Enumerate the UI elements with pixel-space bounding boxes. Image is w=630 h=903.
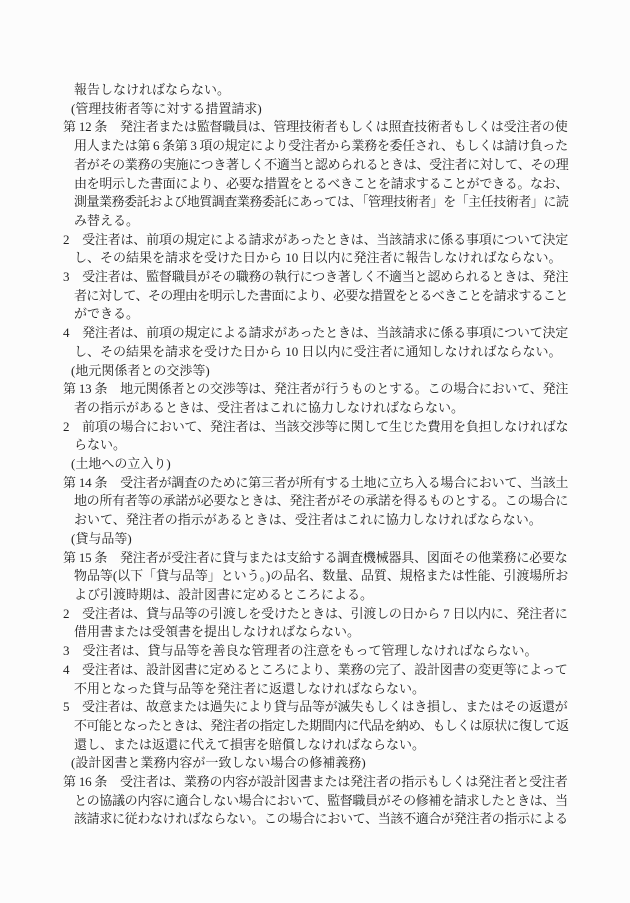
text-line: 3 受注者は、貸与品等を善良な管理者の注意をもって管理しなければならない。	[63, 642, 568, 661]
text-line: おいて、発注者の指示があるときは、受注者はこれに協力しなければならない。	[74, 511, 568, 530]
text-line: (貸与品等)	[71, 530, 568, 549]
text-line: らない。	[74, 436, 568, 455]
text-line: 地の所有者等の承諾が必要なときは、発注者がその承諾を得るものとする。この場合に	[74, 492, 568, 511]
text-line: 該請求に従わなければならない。この場合において、当該不適合が発注者の指示による	[74, 810, 568, 829]
text-line: 2 前項の場合において、発注者は、当該交渉等に関して生じた費用を負担しなければな	[63, 418, 568, 437]
text-line: 物品等(以下「貸与品等」という。)の品名、数量、品質、規格または性能、引渡場所お	[74, 567, 568, 586]
text-line: 由を明示した書面により、必要な措置をとるべきことを請求することができる。なお、	[74, 175, 568, 194]
text-line: し、その結果を請求を受けた日から 10 日以内に受注者に通知しなければならない。	[74, 343, 568, 362]
text-line: 第 15 条 発注者が受注者に貸与または支給する調査機械器具、図面その他業務に必…	[63, 549, 568, 568]
text-line: 2 受注者は、貸与品等の引渡しを受けたときは、引渡しの日から 7 日以内に、発注…	[63, 605, 568, 624]
text-line: 不可能となったときは、発注者の指定した期間内に代品を納め、もしくは原状に復して返	[74, 717, 568, 736]
text-line: 者の指示があるときは、受注者はこれに協力しなければならない。	[74, 399, 568, 418]
text-line: 4 受注者は、設計図書に定めるところにより、業務の完了、設計図書の変更等によって	[63, 661, 568, 680]
text-line: 4 発注者は、前項の規定による請求があったときは、当該請求に係る事項について決定	[63, 324, 568, 343]
text-line: 用人または第 6 条第 3 項の規定により受注者から業務を委任され、もしくは請け…	[74, 137, 568, 156]
text-line: 3 受注者は、監督職員がその職務の執行につき著しく不適当と認められるときは、発注	[63, 268, 568, 287]
text-line: 第 16 条 受注者は、業務の内容が設計図書または発注者の指示もしくは発注者と受…	[63, 773, 568, 792]
text-line: 還し、または返還に代えて損害を賠償しなければならない。	[74, 736, 568, 755]
text-line: 借用書または受領書を提出しなければならない。	[74, 623, 568, 642]
text-line: し、その結果を請求を受けた日から 10 日以内に発注者に報告しなければならない。	[74, 249, 568, 268]
text-line: 測量業務委託および地質調査業務委託にあっては、「管理技術者」を「主任技術者」に読	[74, 193, 568, 212]
text-line: み替える。	[74, 212, 568, 231]
text-line: 第 12 条 発注者または監督職員は、管理技術者もしくは照査技術者もしくは受注者…	[63, 118, 568, 137]
text-line: (地元関係者との交渉等)	[71, 362, 568, 381]
text-line: との協議の内容に適合しない場合において、監督職員がその修補を請求したときは、当	[74, 792, 568, 811]
text-line: 第 14 条 受注者が調査のために第三者が所有する土地に立ち入る場合において、当…	[63, 474, 568, 493]
text-line: 2 受注者は、前項の規定による請求があったときは、当該請求に係る事項について決定	[63, 231, 568, 250]
document-text: 報告しなければならない。(管理技術者等に対する措置請求)第 12 条 発注者また…	[63, 81, 568, 829]
document-page: 報告しなければならない。(管理技術者等に対する措置請求)第 12 条 発注者また…	[0, 0, 630, 903]
text-line: 者がその業務の実施につき著しく不適当と認められるときは、受注者に対して、その理	[74, 156, 568, 175]
text-line: 不用となった貸与品等を発注者に返還しなければならない。	[74, 680, 568, 699]
text-line: 5 受注者は、故意または過失により貸与品等が滅失もしくはき損し、またはその返還が	[63, 698, 568, 717]
text-line: よび引渡時期は、設計図書に定めるところによる。	[74, 586, 568, 605]
text-line: 第 13 条 地元関係者との交渉等は、発注者が行うものとする。この場合において、…	[63, 380, 568, 399]
text-line: ができる。	[74, 305, 568, 324]
text-line: 報告しなければならない。	[74, 81, 568, 100]
text-line: (設計図書と業務内容が一致しない場合の修補義務)	[71, 754, 568, 773]
text-line: (土地への立入り)	[71, 455, 568, 474]
text-line: 者に対して、その理由を明示した書面により、必要な措置をとるべきことを請求すること	[74, 287, 568, 306]
text-line: (管理技術者等に対する措置請求)	[71, 100, 568, 119]
